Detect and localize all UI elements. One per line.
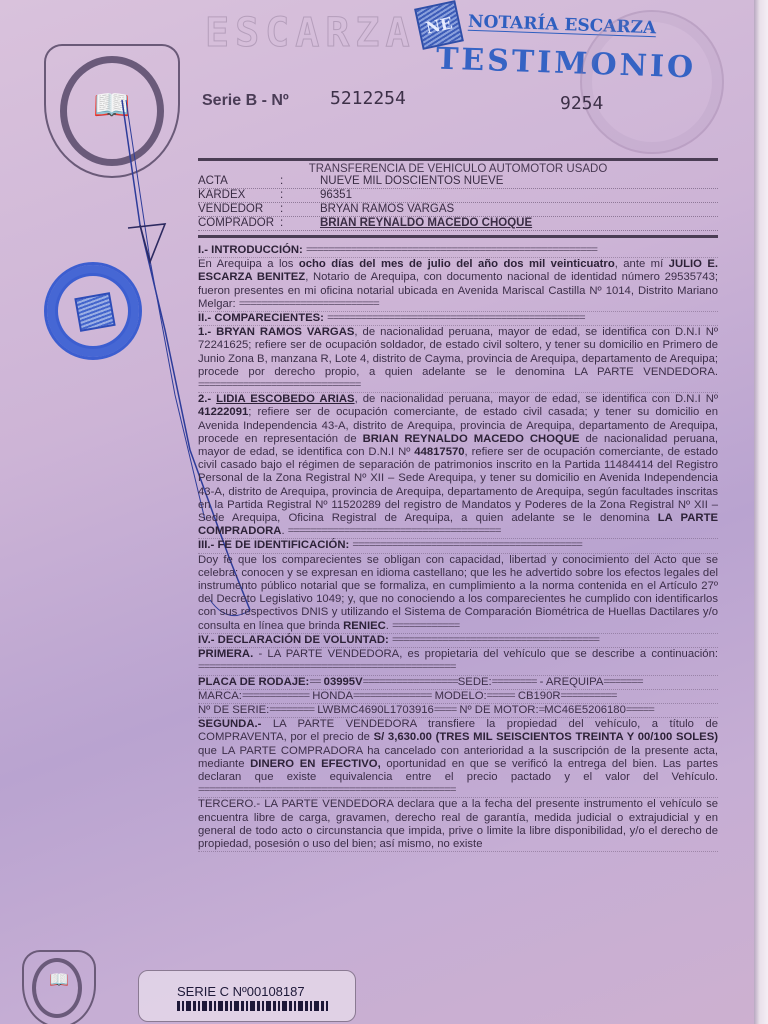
notary-college-crest-bottom-icon: 📖 <box>22 950 96 1024</box>
summary-row-comprador: COMPRADOR: BRIAN REYNALDO MACEDO CHOQUE <box>198 217 718 231</box>
embossed-seal-icon <box>580 10 724 154</box>
paragraph-introduccion: En Arequipa a los ocho días del mes de j… <box>198 258 718 312</box>
embossed-notary-mark: ESCARZA <box>205 10 416 56</box>
paragraph-fe-identificacion: Doy fe que los comparecientes se obligan… <box>198 554 718 634</box>
notary-blue-stamp-icon <box>44 262 142 360</box>
serie-c-number: SERIE C Nº00108187 <box>177 984 305 999</box>
deed-summary: TRANSFERENCIA DE VEHICULO AUTOMOTOR USAD… <box>198 158 718 238</box>
serie-b-number: 5212254 <box>330 88 406 109</box>
page-edge <box>754 0 768 1024</box>
open-book-icon: 📖 <box>46 88 178 123</box>
open-book-icon: 📖 <box>24 970 94 990</box>
section-heading-introduccion: I.- INTRODUCCIÓN: ======================… <box>198 244 718 258</box>
folio-number: 9254 <box>560 93 603 114</box>
section-heading-fe-identificacion: III.- FE DE IDENTIFICACIÓN: ============… <box>198 539 718 553</box>
serie-c-ticket: SERIE C Nº00108187 <box>138 970 356 1022</box>
notary-college-crest-icon: 📖 <box>44 44 180 178</box>
vehicle-row-placa: PLACA DE RODAJE:== 03995V===============… <box>198 676 718 690</box>
deed-document: TRANSFERENCIA DE VEHICULO AUTOMOTOR USAD… <box>198 158 718 852</box>
summary-row-kardex: KARDEX: 96351 <box>198 189 718 203</box>
vehicle-row-marca: MARCA:============ HONDA============== M… <box>198 690 718 704</box>
paragraph-segunda: SEGUNDA.- LA PARTE VENDEDORA transfiere … <box>198 718 718 798</box>
deed-title: TRANSFERENCIA DE VEHICULO AUTOMOTOR USAD… <box>198 163 718 175</box>
paragraph-tercero: TERCERO.- LA PARTE VENDEDORA declara que… <box>198 798 718 852</box>
deed-body: I.- INTRODUCCIÓN: ======================… <box>198 244 718 852</box>
summary-row-acta: ACTA: NUEVE MIL DOSCIENTOS NUEVE <box>198 175 718 189</box>
paragraph-compareciente-1: 1.- BRYAN RAMOS VARGAS, de nacionalidad … <box>198 326 718 393</box>
summary-row-vendedor: VENDEDOR: BRYAN RAMOS VARGAS <box>198 203 718 217</box>
vehicle-row-serie: Nº DE SERIE:======== LWBMC4690L1703916==… <box>198 704 718 718</box>
barcode-icon <box>177 1001 329 1011</box>
paragraph-compareciente-2: 2.- LIDIA ESCOBEDO ARIAS, de nacionalida… <box>198 393 718 539</box>
section-heading-comparecientes: II.- COMPARECIENTES: ===================… <box>198 312 718 326</box>
section-heading-declaracion: IV.- DECLARACIÓN DE VOLUNTAD: ==========… <box>198 634 718 648</box>
paragraph-primera: PRIMERA. - LA PARTE VENDEDORA, es propie… <box>198 648 718 675</box>
serie-b-label: Serie B - Nº <box>202 92 289 110</box>
